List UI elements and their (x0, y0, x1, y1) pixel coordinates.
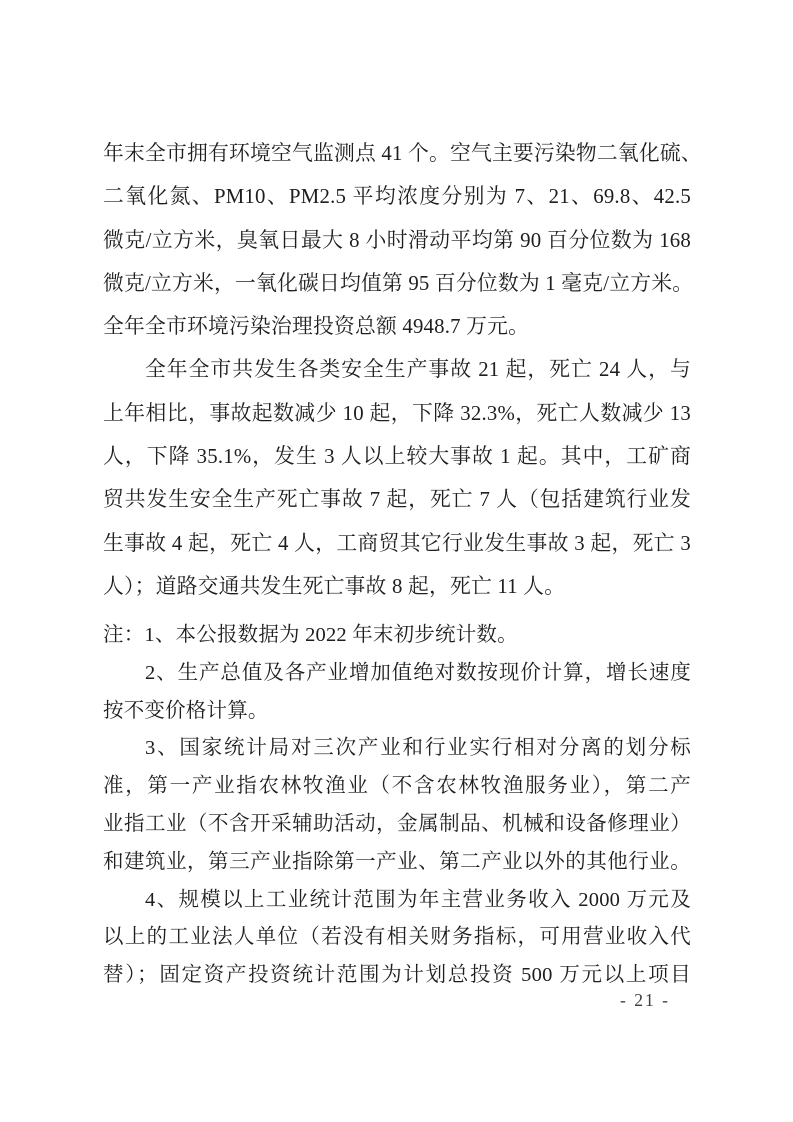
note-line: 2、生产总值及各产业增加值绝对数按现价计算，增长速度 (103, 655, 691, 693)
note-line: 业指工业（不含开采辅助活动，金属制品、机械和设备修理业） (103, 806, 691, 844)
note-line: 按不变价格计算。 (103, 693, 691, 731)
text-line: 全年全市共发生各类安全生产事故 21 起，死亡 24 人，与 (103, 348, 691, 391)
body-text-block: 年末全市拥有环境空气监测点 41 个。空气主要污染物二氧化硫、 二氧化氮、PM1… (103, 132, 691, 608)
text-line: 人）；道路交通共发生死亡事故 8 起，死亡 11 人。 (103, 565, 691, 608)
text-line: 贸共发生安全生产死亡事故 7 起，死亡 7 人（包括建筑行业发 (103, 478, 691, 521)
note-line: 替）；固定资产投资统计范围为计划总投资 500 万元以上项目 (103, 957, 691, 995)
note-line: 和建筑业，第三产业指除第一产业、第二产业以外的其他行业。 (103, 844, 691, 882)
note-line: 注：1、本公报数据为 2022 年末初步统计数。 (103, 617, 691, 655)
text-line: 人，下降 35.1%，发生 3 人以上较大事故 1 起。其中，工矿商 (103, 435, 691, 478)
text-line: 二氧化氮、PM10、PM2.5 平均浓度分别为 7、21、69.8、42.5 (103, 175, 691, 218)
paragraph-safety-accidents: 全年全市共发生各类安全生产事故 21 起，死亡 24 人，与 上年相比，事故起数… (103, 348, 691, 608)
paragraph-environment: 年末全市拥有环境空气监测点 41 个。空气主要污染物二氧化硫、 二氧化氮、PM1… (103, 132, 691, 348)
document-page: 年末全市拥有环境空气监测点 41 个。空气主要污染物二氧化硫、 二氧化氮、PM1… (0, 0, 793, 1122)
note-line: 3、国家统计局对三次产业和行业实行相对分离的划分标 (103, 730, 691, 768)
text-line: 全年全市环境污染治理投资总额 4948.7 万元。 (103, 305, 691, 348)
note-line: 以上的工业法人单位（若没有相关财务指标，可用营业收入代 (103, 919, 691, 957)
note-line: 4、规模以上工业统计范围为年主营业务收入 2000 万元及 (103, 882, 691, 920)
text-line: 上年相比，事故起数减少 10 起，下降 32.3%，死亡人数减少 13 (103, 392, 691, 435)
notes-section: 注：1、本公报数据为 2022 年末初步统计数。 2、生产总值及各产业增加值绝对… (103, 617, 691, 995)
text-line: 生事故 4 起，死亡 4 人，工商贸其它行业发生事故 3 起，死亡 3 (103, 522, 691, 565)
text-line: 年末全市拥有环境空气监测点 41 个。空气主要污染物二氧化硫、 (103, 132, 691, 175)
note-line: 准，第一产业指农林牧渔业（不含农林牧渔服务业），第二产 (103, 768, 691, 806)
page-number: - 21 - (620, 990, 670, 1011)
text-line: 微克/立方米，臭氧日最大 8 小时滑动平均第 90 百分位数为 168 (103, 219, 691, 262)
text-line: 微克/立方米，一氧化碳日均值第 95 百分位数为 1 毫克/立方米。 (103, 262, 691, 305)
